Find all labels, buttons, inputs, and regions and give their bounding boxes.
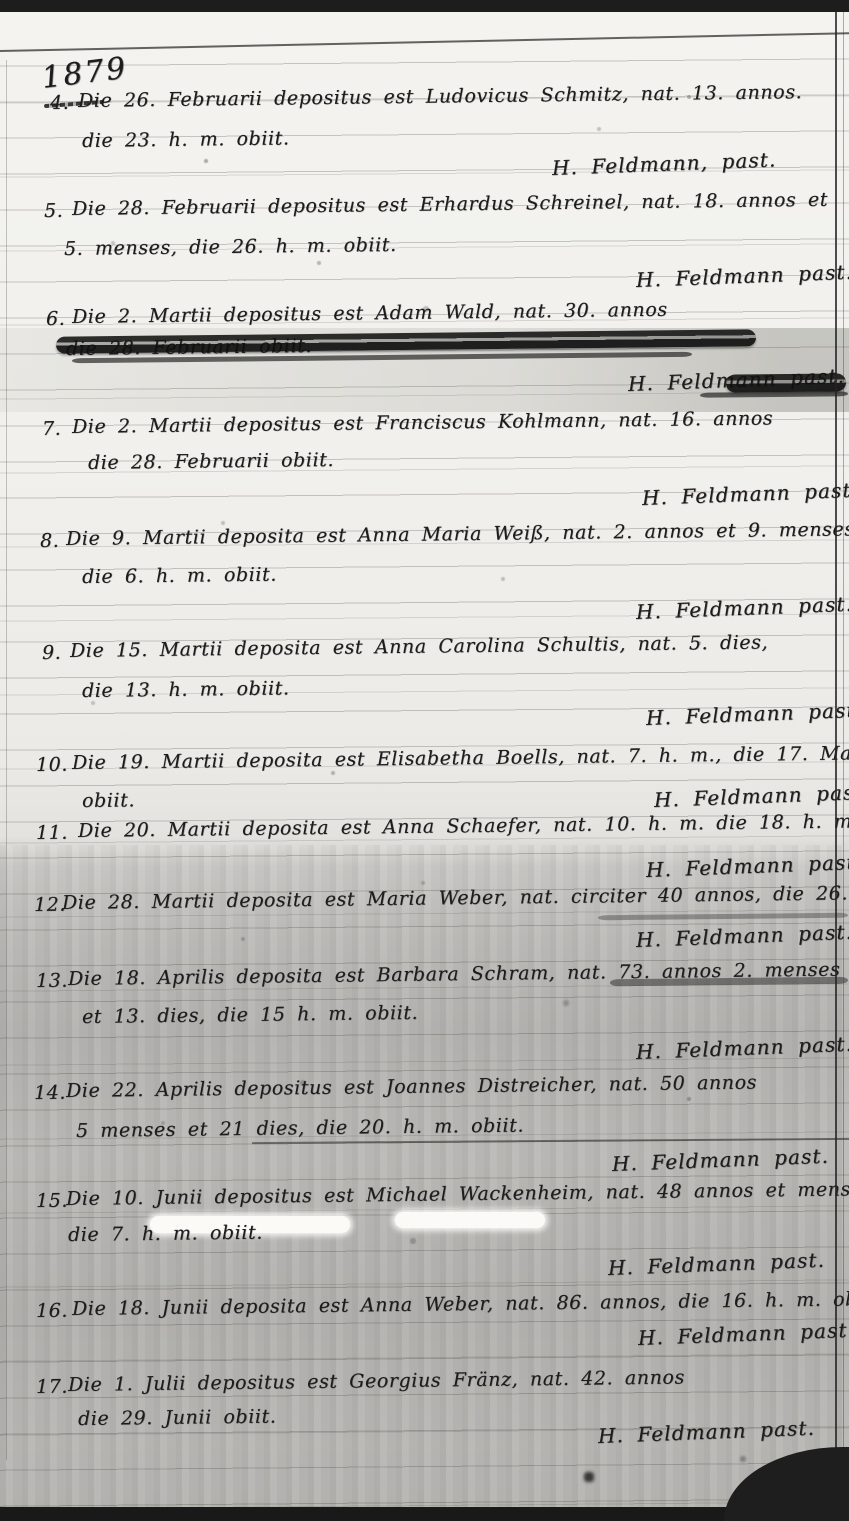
right-edge-line-faint bbox=[843, 10, 844, 1512]
entry-number: 16. bbox=[36, 1300, 68, 1324]
entry-line: die 29. Junii obiit. bbox=[78, 1406, 277, 1432]
entry-number: 7. bbox=[42, 418, 62, 442]
left-margin-line bbox=[6, 60, 7, 1460]
entry-line: die 28. Februarii obiit. bbox=[88, 449, 334, 476]
right-edge-line bbox=[835, 10, 837, 1512]
entry-number: 8. bbox=[40, 530, 60, 554]
whiteout-patch bbox=[395, 1212, 545, 1228]
scanned-burial-register-page: 1879 4. Die 26. Februarii depositus est … bbox=[0, 0, 849, 1521]
entry-number: 14. bbox=[34, 1082, 66, 1106]
entry-line: et 13. dies, die 15 h. m. obiit. bbox=[82, 1002, 419, 1030]
entry-line: 5. menses, die 26. h. m. obiit. bbox=[64, 234, 397, 262]
entry-number: 9. bbox=[42, 642, 62, 666]
entry-line: die 13. h. m. obiit. bbox=[82, 677, 290, 703]
entry-number: 13. bbox=[36, 970, 68, 994]
entry-number: 4. bbox=[50, 92, 70, 116]
signature-scribble bbox=[726, 373, 846, 392]
entry-number: 15. bbox=[36, 1190, 68, 1214]
entry-number: 5. bbox=[44, 200, 64, 224]
scan-bottom-border bbox=[0, 1507, 849, 1521]
entry-line: obiit. bbox=[82, 789, 135, 813]
scan-top-border bbox=[0, 0, 849, 12]
entry-line: die 6. h. m. obiit. bbox=[82, 564, 277, 590]
entry-line: die 7. h. m. obiit. bbox=[68, 1222, 263, 1248]
entry-number: 17. bbox=[36, 1376, 68, 1400]
entry-number: 6. bbox=[46, 308, 66, 332]
entry-line: die 23. h. m. obiit. bbox=[82, 127, 290, 153]
entry-number: 11. bbox=[36, 822, 68, 846]
entry-number: 10. bbox=[36, 754, 68, 778]
